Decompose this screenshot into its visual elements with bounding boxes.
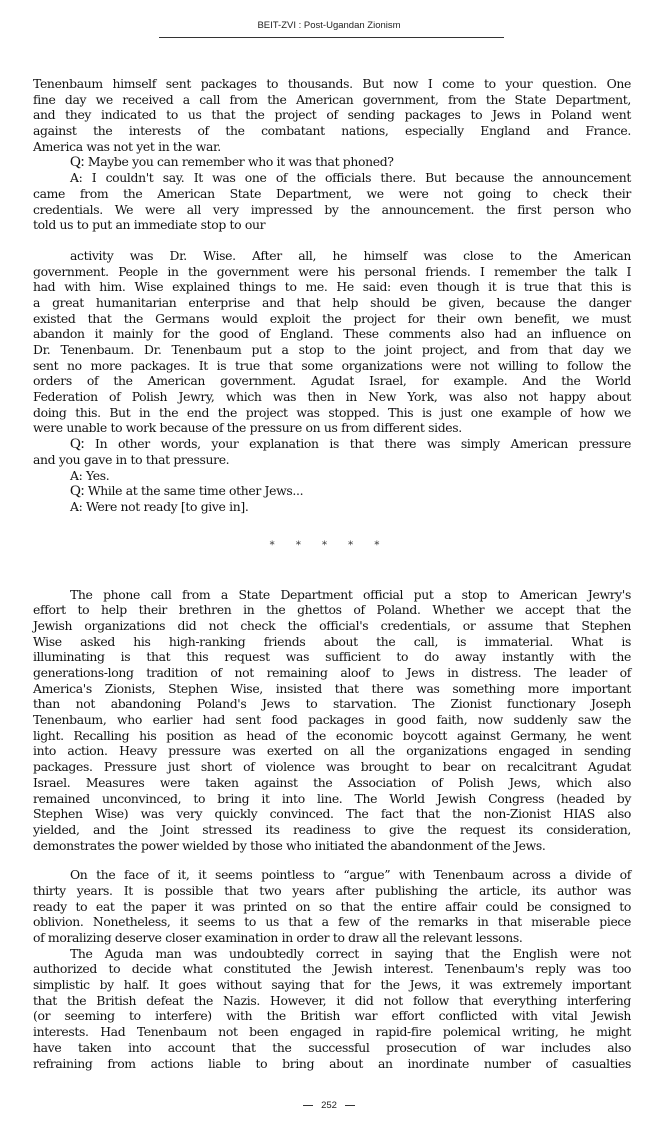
question-2: Q: In other words, your explanation is t… — [33, 436, 631, 467]
text-line: were unable to work because of the press… — [33, 420, 631, 436]
text-line: had with him. Wise explained things to m… — [33, 279, 631, 295]
page-footer: 252 — [0, 1100, 658, 1111]
header-rule — [159, 37, 504, 38]
answer-2: A: Yes. — [33, 468, 631, 484]
text-line: simplistic by half. It goes without sayi… — [33, 977, 631, 993]
text-line: have taken into account that the success… — [33, 1040, 631, 1056]
text-line: orders of the American government. Aguda… — [33, 373, 631, 389]
text-line: Tenenbaum himself sent packages to thous… — [33, 76, 631, 92]
text-line: America was not yet in the war. — [33, 139, 631, 155]
text-line: interests. Had Tenenbaum not been engage… — [33, 1024, 631, 1040]
text-line: against the interests of the combatant n… — [33, 123, 631, 139]
text-line: and they indicated to us that the projec… — [33, 107, 631, 123]
text-line: told us to put an immediate stop to our — [33, 217, 631, 233]
interview-paragraph: Tenenbaum himself sent packages to thous… — [33, 76, 631, 154]
text-line: that the British defeat the Nazis. Howev… — [33, 993, 631, 1009]
text-line: refraining from actions liable to bring … — [33, 1056, 631, 1072]
running-head: BEIT-ZVI : Post-Ugandan Zionism — [0, 20, 658, 31]
text-line: sent no more packages. It is true that s… — [33, 358, 631, 374]
question-label: Q: — [70, 436, 84, 452]
text-line: generations-long tradition of not remain… — [33, 665, 631, 681]
page-body: Tenenbaum himself sent packages to thous… — [33, 76, 631, 1071]
column-break-gap — [33, 233, 631, 248]
text-line: effort to help their brethren in the ghe… — [33, 602, 631, 618]
commentary-paragraph-3: The Aguda man was undoubtedly correct in… — [33, 946, 631, 1072]
text-line: activity was Dr. Wise. After all, he him… — [33, 248, 631, 264]
text-line: Dr. Tenenbaum. Dr. Tenenbaum put a stop … — [33, 342, 631, 358]
text-line: Stephen Wise) was very quickly convinced… — [33, 806, 631, 822]
text-line: and you gave in to that pressure. — [33, 452, 631, 468]
text-line: came from the American State Department,… — [33, 186, 631, 202]
text-line: credentials. We were all very impressed … — [33, 202, 631, 218]
text-line: packages. Pressure just short of violenc… — [33, 759, 631, 775]
answer-1-continued: activity was Dr. Wise. After all, he him… — [33, 248, 631, 436]
text-line: America's Zionists, Stephen Wise, insist… — [33, 681, 631, 697]
text-line: than not abandoning Poland's Jews to sta… — [33, 696, 631, 712]
text-line: government. People in the government wer… — [33, 264, 631, 280]
question-3: Q: While at the same time other Jews... — [33, 483, 631, 499]
text-line: abandon it mainly for the good of Englan… — [33, 326, 631, 342]
text-line: authorized to decide what constituted th… — [33, 961, 631, 977]
text-line: The phone call from a State Department o… — [33, 587, 631, 603]
text-line: thirty years. It is possible that two ye… — [33, 883, 631, 899]
text-line: remained unconvinced, to bring it into l… — [33, 791, 631, 807]
text-line: of moralizing deserve closer examination… — [33, 930, 631, 946]
text-line: light. Recalling his position as head of… — [33, 728, 631, 744]
answer-3: A: Were not ready [to give in]. — [33, 499, 631, 515]
text-line: existed that the Germans would exploit t… — [33, 311, 631, 327]
question-1: Q: Maybe you can remember who it was tha… — [33, 154, 631, 170]
text-line: (or seeming to interfere) with the Briti… — [33, 1008, 631, 1024]
text-line: doing this. But in the end the project w… — [33, 405, 631, 421]
folio-dash-left — [303, 1105, 313, 1106]
text-line: illuminating is that this request was su… — [33, 649, 631, 665]
text-line: Jewish organizations did not check the o… — [33, 618, 631, 634]
text-line: A: I couldn't say. It was one of the off… — [33, 170, 631, 186]
text-line: On the face of it, it seems pointless to… — [33, 867, 631, 883]
commentary-paragraph-1: The phone call from a State Department o… — [33, 587, 631, 854]
question-text: While at the same time other Jews... — [84, 483, 303, 498]
text-line: Tenenbaum, who earlier had sent food pac… — [33, 712, 631, 728]
text-line: fine day we received a call from the Ame… — [33, 92, 631, 108]
question-label: Q: — [70, 483, 84, 499]
text-line: into action. Heavy pressure was exerted … — [33, 743, 631, 759]
question-text: In other words, your explanation is that… — [84, 436, 631, 451]
page-number: 252 — [321, 1100, 337, 1111]
text-line: ready to eat the paper it was printed on… — [33, 899, 631, 915]
commentary-paragraph-2: On the face of it, it seems pointless to… — [33, 867, 631, 945]
text-line: demonstrates the power wielded by those … — [33, 838, 631, 854]
question-label: Q: — [70, 154, 84, 170]
text-line: yielded, and the Joint stressed its read… — [33, 822, 631, 838]
paragraph-gap — [33, 853, 631, 867]
answer-text: A: Yes. — [33, 468, 631, 484]
text-line: The Aguda man was undoubtedly correct in… — [33, 946, 631, 962]
text-line: Wise asked his high-ranking friends abou… — [33, 634, 631, 650]
answer-text: A: Were not ready [to give in]. — [33, 499, 631, 515]
section-separator: * * * * * — [0, 540, 658, 551]
text-line: Federation of Polish Jewry, which was th… — [33, 389, 631, 405]
question-text: Maybe you can remember who it was that p… — [84, 154, 393, 169]
text-line: oblivion. Nonetheless, it seems to us th… — [33, 914, 631, 930]
text-line: a great humanitarian enterprise and that… — [33, 295, 631, 311]
folio-dash-right — [345, 1105, 355, 1106]
answer-1: A: I couldn't say. It was one of the off… — [33, 170, 631, 233]
text-line: Israel. Measures were taken against the … — [33, 775, 631, 791]
